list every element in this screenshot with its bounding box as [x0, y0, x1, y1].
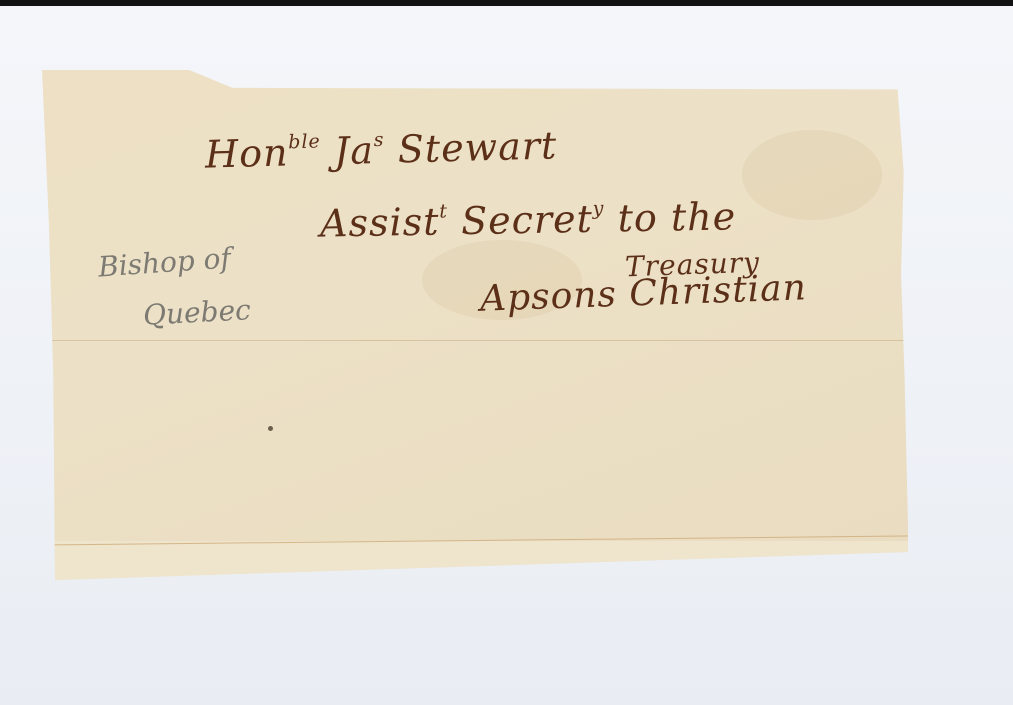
text-hon: Hon: [204, 130, 289, 176]
text-t: t: [439, 200, 448, 222]
address-line-name: Honble Jas Stewart: [204, 123, 557, 176]
pencil-note-line2: Quebec: [142, 293, 251, 332]
text-ble: ble: [288, 130, 321, 153]
fold-line: [42, 340, 908, 341]
ink-spot: [268, 426, 273, 431]
text-y: y: [592, 198, 604, 220]
text-s: s: [373, 129, 384, 151]
text-secret: Secret: [461, 197, 593, 243]
address-line-title: Assistt Secrety to the: [320, 194, 737, 245]
paper-crease: [742, 130, 882, 220]
text-assist: Assist: [320, 200, 440, 246]
text-to-the: to the: [617, 194, 736, 240]
text-stewart: Stewart: [397, 123, 558, 171]
text-ja: Ja: [334, 128, 375, 173]
